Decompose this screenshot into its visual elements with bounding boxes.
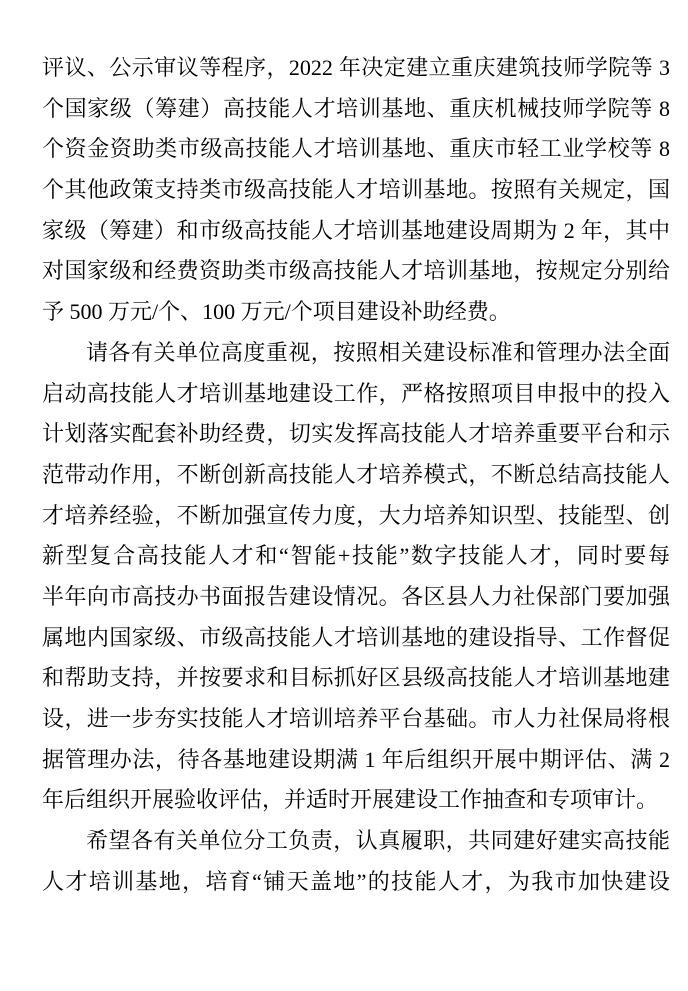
document-line: 据管理办法，待各基地建设期满 1 年后组织开展中期评估、满 2 [42,740,670,781]
document-line: 个其他政策支持类市级高技能人才培训基地。按照有关规定，国 [42,170,670,211]
document-line: 予 500 万元/个、100 万元/个项目建设补助经费。 [42,292,670,333]
document-line: 年后组织开展验收评估，并适时开展建设工作抽查和专项审计。 [42,780,670,821]
document-text-block: 评议、公示审议等程序，2022 年决定建立重庆建筑技师学院等 3 个国家级（筹建… [42,48,670,902]
document-line: 半年向市高技办书面报告建设情况。各区县人力社保部门要加强 [42,577,670,618]
document-line: 个资金资助类市级高技能人才培训基地、重庆市轻工业学校等 8 [42,129,670,170]
document-line: 设，进一步夯实技能人才培训培养平台基础。市人力社保局将根 [42,699,670,740]
document-line: 计划落实配套补助经费，切实发挥高技能人才培养重要平台和示 [42,414,670,455]
document-page: 评议、公示审议等程序，2022 年决定建立重庆建筑技师学院等 3 个国家级（筹建… [0,0,688,991]
document-line: 范带动作用，不断创新高技能人才培养模式，不断总结高技能人 [42,455,670,496]
document-line: 人才培训基地，培育“铺天盖地”的技能人才，为我市加快建设 [42,862,670,903]
document-line: 启动高技能人才培训基地建设工作，严格按照项目申报中的投入 [42,374,670,415]
document-line: 新型复合高技能人才和“智能+技能”数字技能人才，同时要每 [42,536,670,577]
document-line: 家级（筹建）和市级高技能人才培训基地建设周期为 2 年，其中 [42,211,670,252]
document-line: 对国家级和经费资助类市级高技能人才培训基地，按规定分别给 [42,251,670,292]
document-line: 请各有关单位高度重视，按照相关建设标准和管理办法全面 [42,333,670,374]
document-line: 和帮助支持，并按要求和目标抓好区县级高技能人才培训基地建 [42,658,670,699]
document-line: 评议、公示审议等程序，2022 年决定建立重庆建筑技师学院等 3 [42,48,670,89]
document-line: 才培养经验，不断加强宣传力度，大力培养知识型、技能型、创 [42,496,670,537]
document-line: 属地内国家级、市级高技能人才培训基地的建设指导、工作督促 [42,618,670,659]
document-line: 个国家级（筹建）高技能人才培训基地、重庆机械技师学院等 8 [42,89,670,130]
document-line: 希望各有关单位分工负责，认真履职，共同建好建实高技能 [42,821,670,862]
